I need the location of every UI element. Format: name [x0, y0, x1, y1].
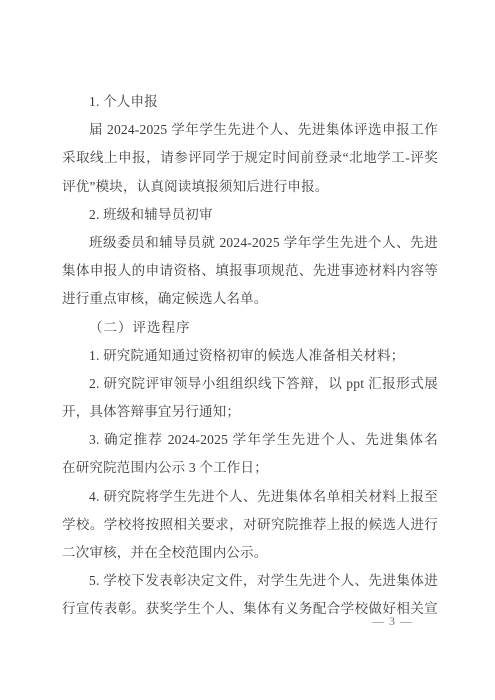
text-line: 2. 班级和辅导员初审 — [62, 201, 438, 229]
text-line: 5. 学校下发表彰决定文件，对学生先进个人、先进集体进 — [62, 567, 438, 595]
text-line: 1. 个人申报 — [62, 88, 438, 116]
text-line: 学校。学校将按照相关要求，对研究院推荐上报的候选人进行 — [62, 511, 438, 539]
page-number: — 3 — — [0, 613, 413, 629]
text-line: 集体申报人的申请资格、填报事项规范、先进事迹材料内容等 — [62, 257, 438, 285]
text-line: 班级委员和辅导员就 2024-2025 学年学生先进个人、先进 — [62, 229, 438, 257]
text-line: 3. 确定推荐 2024-2025 学年学生先进个人、先进集体名单， — [62, 426, 438, 454]
document-body: 1. 个人申报届 2024-2025 学年学生先进个人、先进集体评选申报工作采取… — [62, 88, 438, 624]
text-line: 在研究院范围内公示 3 个工作日； — [62, 454, 438, 482]
text-line: 评优”模块，认真阅读填报须知后进行申报。 — [62, 173, 438, 201]
text-line: 开，具体答辩事宜另行通知； — [62, 398, 438, 426]
text-line: 进行重点审核，确定候选人名单。 — [62, 285, 438, 313]
document-page: 1. 个人申报届 2024-2025 学年学生先进个人、先进集体评选申报工作采取… — [0, 0, 495, 700]
text-line: 1. 研究院通知通过资格初审的候选人准备相关材料； — [62, 342, 438, 370]
text-line: 采取线上申报，请参评同学于规定时间前登录“北地学工-评奖 — [62, 144, 438, 172]
text-line: （二）评选程序 — [62, 314, 438, 342]
text-line: 二次审核，并在全校范围内公示。 — [62, 539, 438, 567]
text-line: 届 2024-2025 学年学生先进个人、先进集体评选申报工作 — [62, 116, 438, 144]
text-line: 2. 研究院评审领导小组组织线下答辩，以 ppt 汇报形式展 — [62, 370, 438, 398]
text-line: 4. 研究院将学生先进个人、先进集体名单相关材料上报至 — [62, 483, 438, 511]
